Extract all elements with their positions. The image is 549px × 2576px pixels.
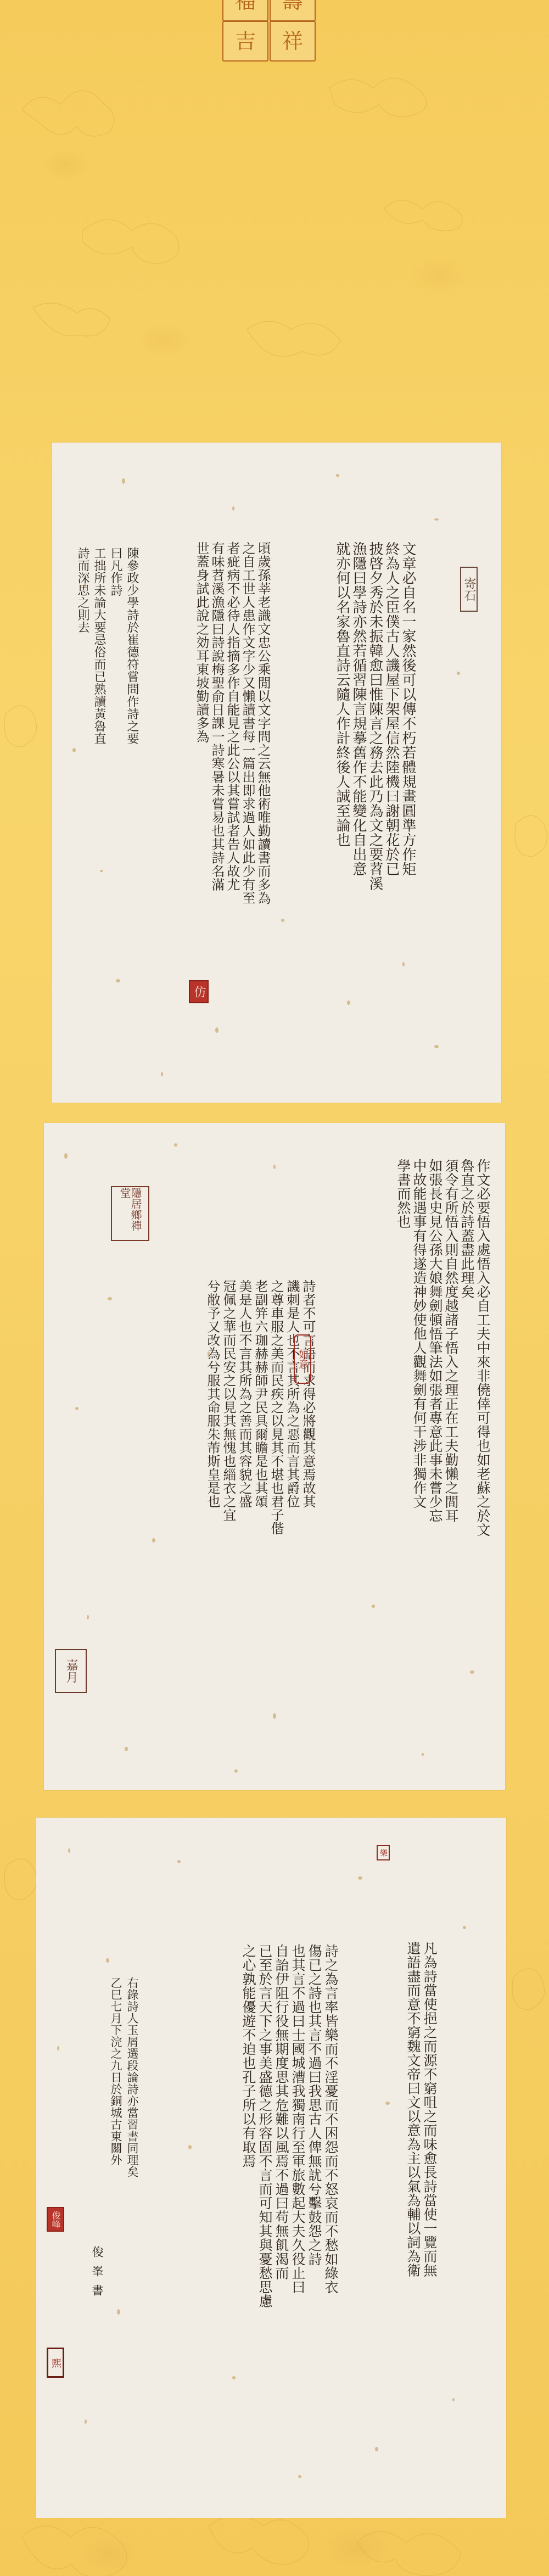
text-column: 之心孰能優遊不迫也孔子所以有取焉 [240, 1944, 256, 2328]
text-column: 中故能遇事有得遂造神妙使他人觀舞劍有何干涉非獨作文 [411, 1159, 427, 1763]
seal-oval-middle: 如意 [294, 1334, 311, 1384]
text-column: 頃歲孫莘老識文忠公乘閒以文字問之云無他術唯勤讀書而多為 [255, 541, 271, 1036]
essay-text-part4: 詩者不可言語而求得必將觀其意焉故其 譏刺是人也不言其所為之惡而言其爵位 之尊車服… [204, 1279, 316, 1554]
essay-text-part5: 凡為詩當使挹之而源不窮咀之而味愈長詩當使一覽而無 遺語盡而意不窮魏文帝曰文以意為… [405, 1941, 438, 2326]
seal-top-right: 寄石 [460, 567, 478, 612]
text-column: 如張長史見公孫大娘舞劍頓悟筆法如張者專意此事未嘗少忘 [427, 1159, 443, 1763]
text-column: 冠佩之華而民安之以見其無愧也緇衣之宜 [220, 1279, 236, 1554]
text-column: 就亦何以名家魯直詩云隨人作計終後人誠至論也 [334, 541, 350, 1036]
text-column: 之自工世人患作文字少又懶讀書每一篇出即求過人如此少有至 [240, 541, 255, 1036]
seal-cell: 吉 [222, 21, 268, 62]
paper-flecks [52, 443, 501, 1103]
seal-bottom-square: 熙 [47, 2348, 64, 2378]
signature-text: 俊峯書 [89, 2246, 105, 2345]
text-column: 漁隱曰學詩亦然若循習陳言規摹舊作不能變化自出意 [350, 541, 367, 1036]
text-column: 終為人之臣僕古人譏屋下架屋信然陸機曰謝朝花於已 [383, 541, 400, 1036]
text-column: 自詒伊阻行役無期度思其危難以風焉不過曰苟無飢渴而 [273, 1944, 289, 2328]
text-column: 工拙所未論大要忌俗而已熟讀黃魯直詩而深思之則去 [74, 547, 107, 745]
seal-cell: 壽 [270, 0, 316, 21]
seal-top-left: 隱居鄉禪堂 [111, 1186, 149, 1241]
essay-text-part3: 作文必要悟入處悟入必自工夫中來非僥倖可得也如老蘇之於文 魯直之於詩蓋盡此理矣 須… [395, 1159, 491, 1763]
artist-signature: 俊峯書 [89, 2246, 105, 2345]
colophon-signature: 右錄詩人玉屑選段論詩亦當習書同理矣 乙巳七月下浣之九日於銅城古東關外 [108, 1977, 141, 2372]
text-column: 之尊車服之美而民疾之以見其不堪也君子偕 [268, 1279, 284, 1554]
text-column: 遺語盡而意不窮魏文帝曰文以意為主以氣為輔以詞為衛 [405, 1941, 421, 2326]
seal-cell: 祥 [270, 21, 316, 62]
text-column: 學書而然也 [395, 1159, 411, 1763]
text-column: 世蓋身試此說之効耳東坡勤讀多為 [194, 541, 209, 1036]
colophon-line: 乙巳七月下浣之九日於銅城古東關外 [108, 1977, 124, 2372]
text-column: 已至於言天下之事美盛德之形容固不言而可知其與憂愁思慮 [256, 1944, 273, 2328]
text-column: 須令有所悟入則自然度越諸子悟入之理正在工夫勤懶之間耳 [443, 1159, 459, 1763]
colophon-text: 陳參政少學詩於崔德符嘗問作詩之要曰凡作詩 工拙所未論大要忌俗而已熟讀黃魯直詩而深… [74, 547, 140, 745]
seal-cell: 福 [222, 0, 268, 21]
seal-name-red: 俊峰 [47, 2207, 64, 2232]
seal-top-small: 樂 [377, 1845, 390, 1860]
text-column: 譏刺是人也不言其所為之惡而言其爵位 [284, 1279, 300, 1554]
text-column: 有味苕溪漁隱曰詩說梅聖俞日課一詩寒暑未嘗易也其詩名滿 [209, 541, 225, 1036]
essay-text-part6: 詩之為言率皆樂而不淫憂而不困怨而不怒哀而不愁如綠衣 傷已之詩也其言不過曰我思古人… [240, 1944, 339, 2328]
text-column: 美是人也不言其所為之善而其容貌之盛 [236, 1279, 252, 1554]
top-mount-seal: 福 壽 吉 祥 [222, 0, 320, 60]
text-column: 文章必自名一家然後可以傳不朽若體規畫圓準方作矩 [400, 541, 416, 1036]
text-column: 老副笄六珈赫赫師尹民具爾瞻是也其頌 [252, 1279, 268, 1554]
text-column: 陳參政少學詩於崔德符嘗問作詩之要曰凡作詩 [107, 547, 140, 745]
text-column: 傷已之詩也其言不過曰我思古人俾無訧兮擊鼓怨之詩 [306, 1944, 322, 2328]
calligraphy-panel-3: 凡為詩當使挹之而源不窮咀之而味愈長詩當使一覽而無 遺語盡而意不窮魏文帝曰文以意為… [36, 1818, 506, 2518]
essay-text-part2: 頃歲孫莘老識文忠公乘閒以文字問之云無他術唯勤讀書而多為 之自工世人患作文字少又懶… [194, 541, 271, 1036]
text-column: 披啓夕秀於未振韓愈曰惟陳言之務去此乃為文之要苕溪 [367, 541, 383, 1036]
text-column: 魯直之於詩蓋盡此理矣 [459, 1159, 475, 1763]
calligraphy-panel-1: 文章必自名一家然後可以傳不朽若體規畫圓準方作矩 終為人之臣僕古人譏屋下架屋信然陸… [52, 443, 501, 1103]
text-column: 也其言不過曰士國城漕我獨南行至軍旅數起大夫久役止曰 [289, 1944, 306, 2328]
essay-text-part1: 文章必自名一家然後可以傳不朽若體規畫圓準方作矩 終為人之臣僕古人譏屋下架屋信然陸… [334, 541, 416, 1036]
colophon-line: 右錄詩人玉屑選段論詩亦當習書同理矣 [124, 1977, 141, 2372]
text-column: 詩者不可言語而求得必將觀其意焉故其 [300, 1279, 316, 1554]
text-column: 者疵病不必待人指摘多作自能見之此公以其嘗試者告人故尤 [225, 541, 240, 1036]
seal-red-square: 仿 [189, 980, 209, 1003]
text-column: 詩之為言率皆樂而不淫憂而不困怨而不怒哀而不愁如綠衣 [322, 1944, 339, 2328]
text-column: 凡為詩當使挹之而源不窮咀之而味愈長詩當使一覽而無 [421, 1941, 438, 2326]
calligraphy-panel-2: 作文必要悟入處悟入必自工夫中來非僥倖可得也如老蘇之於文 魯直之於詩蓋盡此理矣 須… [44, 1123, 505, 1790]
seal-bottom-left: 嘉月 [55, 1649, 87, 1693]
text-column: 兮敝予又改為兮服其命服朱芾斯皇是也 [204, 1279, 220, 1554]
text-column: 作文必要悟入處悟入必自工夫中來非僥倖可得也如老蘇之於文 [475, 1159, 491, 1763]
